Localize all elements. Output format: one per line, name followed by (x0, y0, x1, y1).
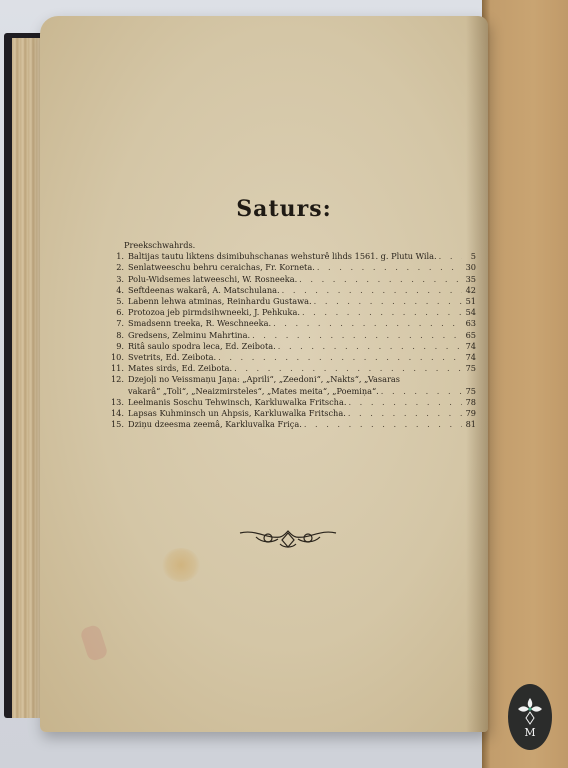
entry-title: Smadsenn treeka, R. Weschneeka. (128, 318, 271, 329)
entry-page: 74 (464, 352, 476, 363)
entry-number: 12. (110, 374, 124, 385)
toc-entry: 14.Lapsas Kuhminsch un Ahpsis, Karkluwal… (110, 408, 476, 419)
entry-number: 10. (110, 352, 124, 363)
entry-title: Dziņu dzeesma zeemâ, Karkluvalka Friça. (128, 419, 302, 430)
entry-title: Labenn lehwa atminas, Reinhardu Gustawa. (128, 296, 312, 307)
leader-dots (218, 352, 462, 363)
leader-dots (278, 341, 462, 352)
entry-title: Gredsens, Zelminu Mahrtina. (128, 330, 250, 341)
entry-number: 4. (110, 285, 124, 296)
table-of-contents: Preekschwahrds. 1.Baltijas tautu liktens… (110, 240, 476, 430)
entry-page: 79 (464, 408, 476, 419)
toc-entry: 1.Baltijas tautu liktens dsimibuhschanas… (110, 251, 476, 262)
leader-dots (304, 419, 462, 430)
entry-title: Senlatweeschu behru ceraichas, Fr. Korne… (128, 262, 315, 273)
entry-number: 7. (110, 318, 124, 329)
toc-entry: 8.Gredsens, Zelminu Mahrtina.65 (110, 330, 476, 341)
entry-title: Seftdeenas wakarâ, A. Matschulana. (128, 285, 280, 296)
entry-number: 3. (110, 274, 124, 285)
right-page (482, 0, 568, 768)
entry-title: Polu-Widsemes latweeschi, W. Rosneeka. (128, 274, 297, 285)
entry-number: 5. (110, 296, 124, 307)
entry-number: 14. (110, 408, 124, 419)
page-title: Saturs: (0, 196, 568, 222)
entry-title: Protozoa jeb pirmdsihwneeki, J. Pehkuka. (128, 307, 300, 318)
entry-title: vakarâ“ „Toli“, „Neaizmirsteles“, „Mates… (128, 386, 379, 397)
entry-page: 74 (464, 341, 476, 352)
entry-page: 65 (464, 330, 476, 341)
leader-dots (282, 285, 462, 296)
toc-entry: 2.Senlatweeschu behru ceraichas, Fr. Kor… (110, 262, 476, 273)
entry-number: 13. (110, 397, 124, 408)
leader-dots (299, 274, 462, 285)
toc-entry: 10.Svetrits, Ed. Zeibota.74 (110, 352, 476, 363)
leader-dots (302, 307, 462, 318)
toc-entry: 12.Dzejoļi no Veissmaņu Jaņa: „Aprili“, … (110, 374, 476, 385)
toc-entry: 4.Seftdeenas wakarâ, A. Matschulana.42 (110, 285, 476, 296)
entry-page: 78 (464, 397, 476, 408)
entry-page: 54 (464, 307, 476, 318)
leader-dots (234, 363, 462, 374)
leader-dots (273, 318, 462, 329)
toc-entry: 15.Dziņu dzeesma zeemâ, Karkluvalka Friç… (110, 419, 476, 430)
entry-page: 81 (464, 419, 476, 430)
entry-title: Mates sirds, Ed. Zeibota. (128, 363, 232, 374)
entry-number: 6. (110, 307, 124, 318)
entry-page: 5 (464, 251, 476, 262)
entry-title: Ritâ saulo spodra leca, Ed. Zeibota. (128, 341, 276, 352)
flower-emblem-icon: M (515, 694, 545, 740)
leader-dots (252, 330, 462, 341)
svg-text:M: M (524, 726, 535, 739)
entry-number: 8. (110, 330, 124, 341)
toc-entry: 5.Labenn lehwa atminas, Reinhardu Gustaw… (110, 296, 476, 307)
preface-entry: Preekschwahrds. (110, 240, 476, 251)
paper-stain (162, 548, 200, 582)
leader-dots (381, 386, 462, 397)
entry-page: 30 (464, 262, 476, 273)
entry-number: 2. (110, 262, 124, 273)
leader-dots (314, 296, 462, 307)
entry-page: 63 (464, 318, 476, 329)
entry-title: Svetrits, Ed. Zeibota. (128, 352, 216, 363)
toc-entry: 7.Smadsenn treeka, R. Weschneeka.63 (110, 318, 476, 329)
leader-dots (317, 262, 462, 273)
entry-title: Dzejoļi no Veissmaņu Jaņa: „Aprili“, „Ze… (128, 374, 400, 385)
entry-number: 11. (110, 363, 124, 374)
watermark-logo: M (508, 684, 552, 750)
decorative-ornament-icon (236, 527, 340, 551)
leader-dots (439, 251, 462, 262)
toc-entry: 9.Ritâ saulo spodra leca, Ed. Zeibota.74 (110, 341, 476, 352)
entry-page: 35 (464, 274, 476, 285)
leader-dots (348, 397, 462, 408)
toc-entry: 11.Mates sirds, Ed. Zeibota.75 (110, 363, 476, 374)
entry-title: Baltijas tautu liktens dsimibuhschanas w… (128, 251, 437, 262)
toc-entry: 13.Leelmanis Soschu Tehwinsch, Karkluwal… (110, 397, 476, 408)
leader-dots (348, 408, 462, 419)
entry-title: Lapsas Kuhminsch un Ahpsis, Karkluwalka … (128, 408, 346, 419)
entry-page: 51 (464, 296, 476, 307)
toc-entry: 6.Protozoa jeb pirmdsihwneeki, J. Pehkuk… (110, 307, 476, 318)
entry-number: 15. (110, 419, 124, 430)
entry-number: 1. (110, 251, 124, 262)
entry-number: 9. (110, 341, 124, 352)
entry-page: 42 (464, 285, 476, 296)
entry-page: 75 (464, 386, 476, 397)
toc-entry: 3.Polu-Widsemes latweeschi, W. Rosneeka.… (110, 274, 476, 285)
entry-title: Leelmanis Soschu Tehwinsch, Karkluwalka … (128, 397, 346, 408)
entry-page: 75 (464, 363, 476, 374)
toc-entry-continuation: vakarâ“ „Toli“, „Neaizmirsteles“, „Mates… (110, 386, 476, 397)
